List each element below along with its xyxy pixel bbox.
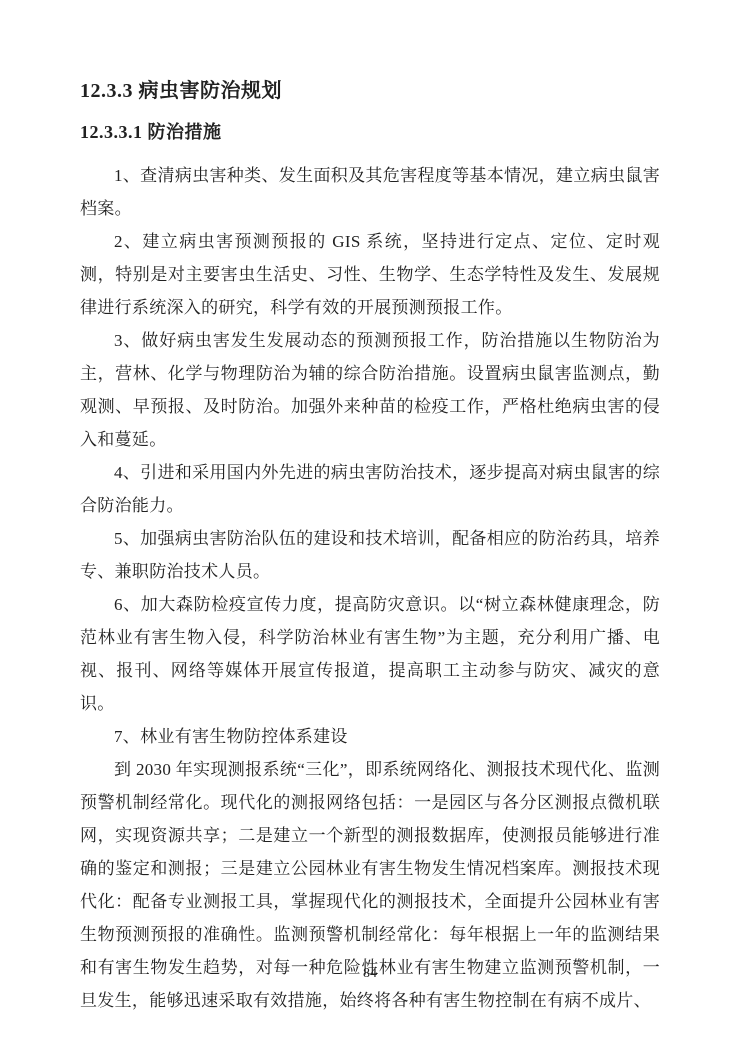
page-footer: 84 — [0, 966, 740, 982]
paragraph-6: 6、加大森防检疫宣传力度，提高防灾意识。以“树立森林健康理念，防范林业有害生物入… — [80, 588, 660, 720]
paragraph-4: 4、引进和采用国内外先进的病虫害防治技术，逐步提高对病虫鼠害的综合防治能力。 — [80, 456, 660, 522]
document-body: 1、查清病虫害种类、发生面积及其危害程度等基本情况，建立病虫鼠害档案。 2、建立… — [80, 159, 660, 1017]
paragraph-1: 1、查清病虫害种类、发生面积及其危害程度等基本情况，建立病虫鼠害档案。 — [80, 159, 660, 225]
subsection-heading: 12.3.3.1 防治措施 — [80, 122, 660, 142]
section-heading: 12.3.3 病虫害防治规划 — [80, 80, 660, 102]
document-page: 12.3.3 病虫害防治规划 12.3.3.1 防治措施 1、查清病虫害种类、发… — [0, 0, 740, 1047]
paragraph-3: 3、做好病虫害发生发展动态的预测预报工作，防治措施以生物防治为主，营林、化学与物… — [80, 324, 660, 456]
paragraph-2: 2、建立病虫害预测预报的 GIS 系统，坚持进行定点、定位、定时观测，特别是对主… — [80, 225, 660, 324]
paragraph-7: 7、林业有害生物防控体系建设 — [80, 720, 660, 753]
paragraph-5: 5、加强病虫害防治队伍的建设和技术培训，配备相应的防治药具，培养专、兼职防治技术… — [80, 522, 660, 588]
page-number: 84 — [363, 966, 377, 981]
